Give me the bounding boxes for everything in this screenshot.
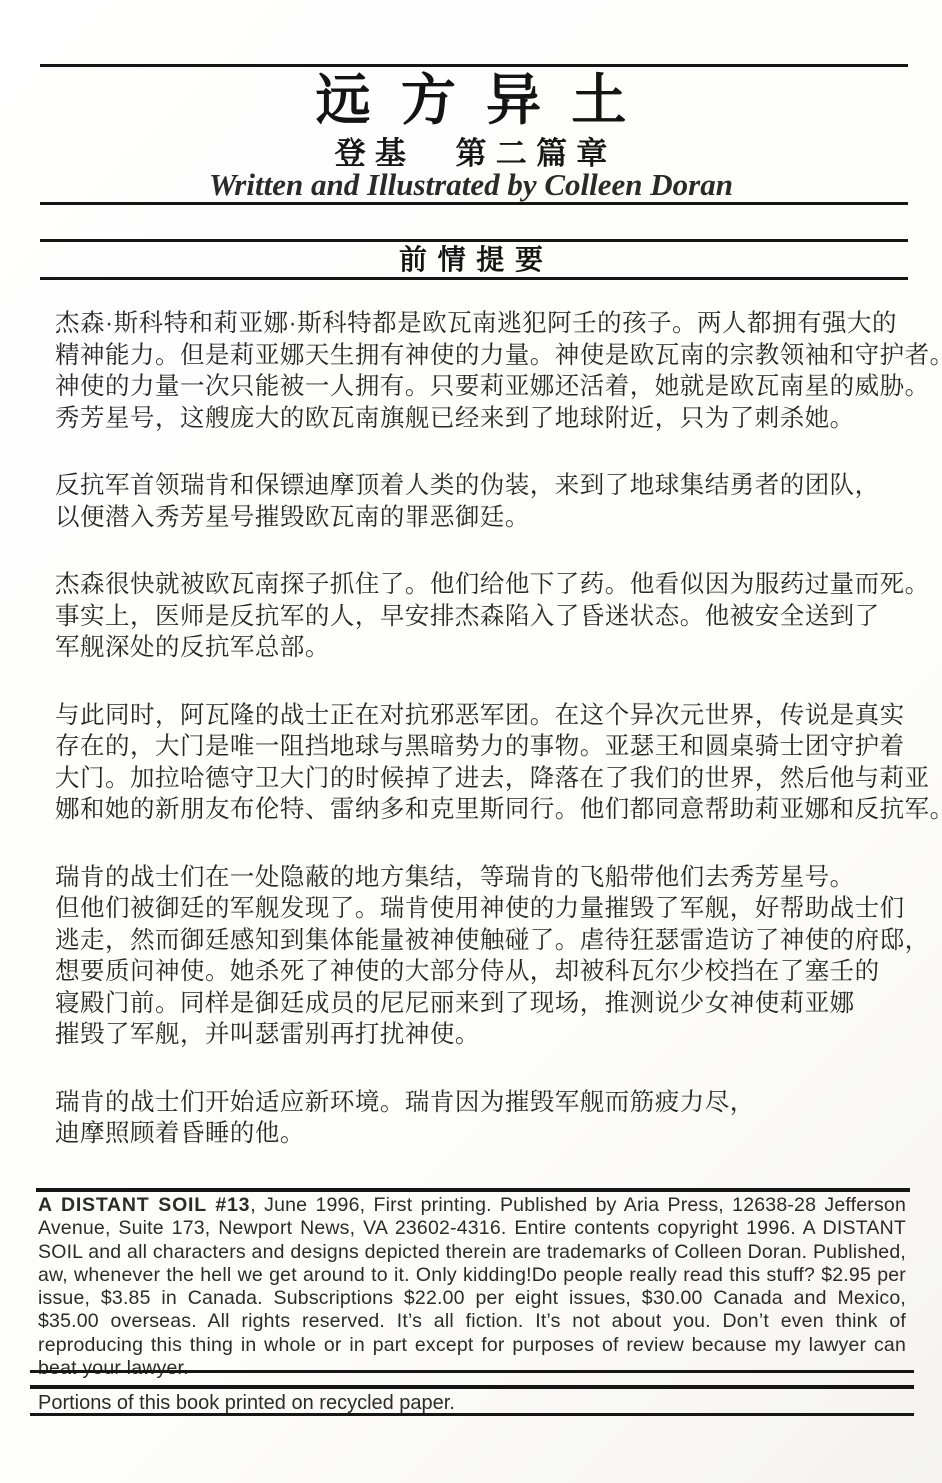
recap-line: 以便潜入秀芳星号摧毁欧瓦南的罪恶御廷。 — [55, 502, 912, 534]
recap-paragraph: 瑞肯的战士们开始适应新环境。瑞肯因为摧毁军舰而筋疲力尽， 迪摩照顾着昏睡的他。 — [55, 1087, 912, 1150]
recap-paragraph: 杰森·斯科特和莉亚娜·斯科特都是欧瓦南逃犯阿壬的孩子。两人都拥有强大的 精神能力… — [55, 308, 912, 434]
recap-paragraph: 与此同时，阿瓦隆的战士正在对抗邪恶军团。在这个异次元世界，传说是真实 存在的，大… — [55, 700, 912, 826]
divider-recap-header-top — [40, 239, 908, 242]
recap-line: 精神能力。但是莉亚娜天生拥有神使的力量。神使是欧瓦南的宗教领袖和守护者。 — [55, 340, 912, 372]
recap-line: 大门。加拉哈德守卫大门的时候掉了进去，降落在了我们的世界，然后他与莉亚 — [55, 763, 912, 795]
recycled-paper-note: Portions of this book printed on recycle… — [38, 1392, 902, 1415]
recap-paragraph: 杰森很快就被欧瓦南探子抓住了。他们给他下了药。他看似因为服药过量而死。 事实上，… — [55, 569, 912, 664]
recap-line: 瑞肯的战士们开始适应新环境。瑞肯因为摧毁军舰而筋疲力尽， — [55, 1087, 912, 1119]
recap-line: 反抗军首领瑞肯和保镖迪摩顶着人类的伪装，来到了地球集结勇者的团队， — [55, 470, 912, 502]
indicia-text: A DISTANT SOIL #13, June 1996, First pri… — [38, 1194, 906, 1380]
divider-under-byline — [40, 202, 908, 205]
divider-footer-bottom — [30, 1413, 914, 1416]
recap-paragraph: 反抗军首领瑞肯和保镖迪摩顶着人类的伪装，来到了地球集结勇者的团队， 以便潜入秀芳… — [55, 470, 912, 533]
recap-line: 事实上，医师是反抗军的人，早安排杰森陷入了昏迷状态。他被安全送到了 — [55, 601, 912, 633]
recap-line: 寝殿门前。同样是御廷成员的尼尼丽来到了现场，推测说少女神使莉亚娜 — [55, 988, 912, 1020]
recap-text-block: 杰森·斯科特和莉亚娜·斯科特都是欧瓦南逃犯阿壬的孩子。两人都拥有强大的 精神能力… — [55, 308, 912, 1186]
recap-line: 摧毁了军舰，并叫瑟雷别再打扰神使。 — [55, 1019, 912, 1051]
recap-line: 与此同时，阿瓦隆的战士正在对抗邪恶军团。在这个异次元世界，传说是真实 — [55, 700, 912, 732]
divider-recap-header-bottom — [40, 277, 908, 280]
divider-indicia-bottom — [30, 1370, 914, 1373]
divider-footer-top — [30, 1385, 914, 1389]
recap-line: 但他们被御廷的军舰发现了。瑞肯使用神使的力量摧毁了军舰，好帮助战士们 — [55, 893, 912, 925]
recap-line: 神使的力量一次只能被一人拥有。只要莉亚娜还活着，她就是欧瓦南星的威胁。 — [55, 371, 912, 403]
recap-line: 杰森·斯科特和莉亚娜·斯科特都是欧瓦南逃犯阿壬的孩子。两人都拥有强大的 — [55, 308, 912, 340]
recap-line: 秀芳星号，这艘庞大的欧瓦南旗舰已经来到了地球附近，只为了刺杀她。 — [55, 403, 912, 435]
page-title: 远方异土 — [0, 70, 942, 132]
indicia-body: , June 1996, First printing. Published b… — [38, 1194, 906, 1379]
byline: Written and Illustrated by Colleen Doran — [0, 167, 942, 203]
divider-top — [40, 64, 908, 67]
recap-line: 娜和她的新朋友布伦特、雷纳多和克里斯同行。他们都同意帮助莉亚娜和反抗军。 — [55, 794, 912, 826]
page-subtitle: 登基 第二篇章 — [0, 137, 942, 171]
recap-line: 瑞肯的战士们在一处隐蔽的地方集结，等瑞肯的飞船带他们去秀芳星号。 — [55, 862, 912, 894]
recap-line: 想要质问神使。她杀死了神使的大部分侍从，却被科瓦尔少校挡在了塞壬的 — [55, 956, 912, 988]
divider-indicia-top — [36, 1188, 910, 1192]
comic-indicia-page: 远方异土 登基 第二篇章 Written and Illustrated by … — [0, 0, 942, 1483]
recap-section-header: 前情提要 — [0, 243, 942, 276]
recap-line: 逃走，然而御廷感知到集体能量被神使触碰了。虐待狂瑟雷造访了神使的府邸， — [55, 925, 912, 957]
recap-paragraph: 瑞肯的战士们在一处隐蔽的地方集结，等瑞肯的飞船带他们去秀芳星号。 但他们被御廷的… — [55, 862, 912, 1051]
recap-line: 杰森很快就被欧瓦南探子抓住了。他们给他下了药。他看似因为服药过量而死。 — [55, 569, 912, 601]
indicia-issue-title: A DISTANT SOIL #13 — [38, 1194, 250, 1216]
recap-line: 存在的，大门是唯一阻挡地球与黑暗势力的事物。亚瑟王和圆桌骑士团守护着 — [55, 731, 912, 763]
recap-line: 迪摩照顾着昏睡的他。 — [55, 1118, 912, 1150]
recap-line: 军舰深处的反抗军总部。 — [55, 632, 912, 664]
